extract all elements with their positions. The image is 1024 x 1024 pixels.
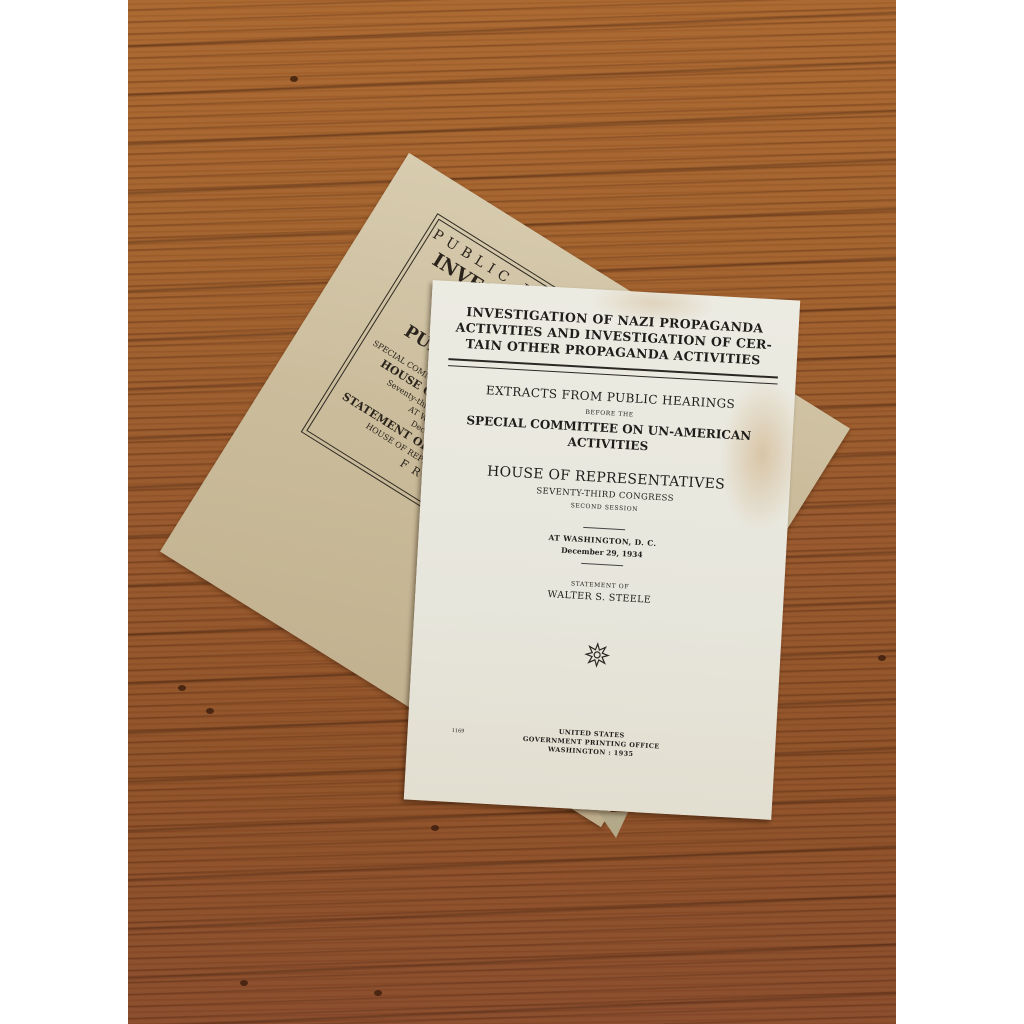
- printer-imprint: UNITED STATES GOVERNMENT PRINTING OFFICE…: [407, 719, 776, 767]
- wood-knot: [290, 76, 298, 82]
- wood-knot: [206, 708, 214, 714]
- wood-knot: [431, 825, 439, 831]
- divider: [583, 527, 625, 530]
- printer-ornament-icon: [583, 641, 610, 668]
- wood-knot: [878, 655, 886, 661]
- wood-knot: [178, 685, 186, 691]
- pamphlet-title: INVESTIGATION OF NAZI PROPAGANDA ACTIVIT…: [451, 303, 777, 369]
- divider: [581, 563, 623, 566]
- pamphlet-cover: INVESTIGATION OF NAZI PROPAGANDA ACTIVIT…: [404, 280, 800, 820]
- wood-knot: [240, 980, 248, 986]
- wood-knot: [374, 990, 382, 996]
